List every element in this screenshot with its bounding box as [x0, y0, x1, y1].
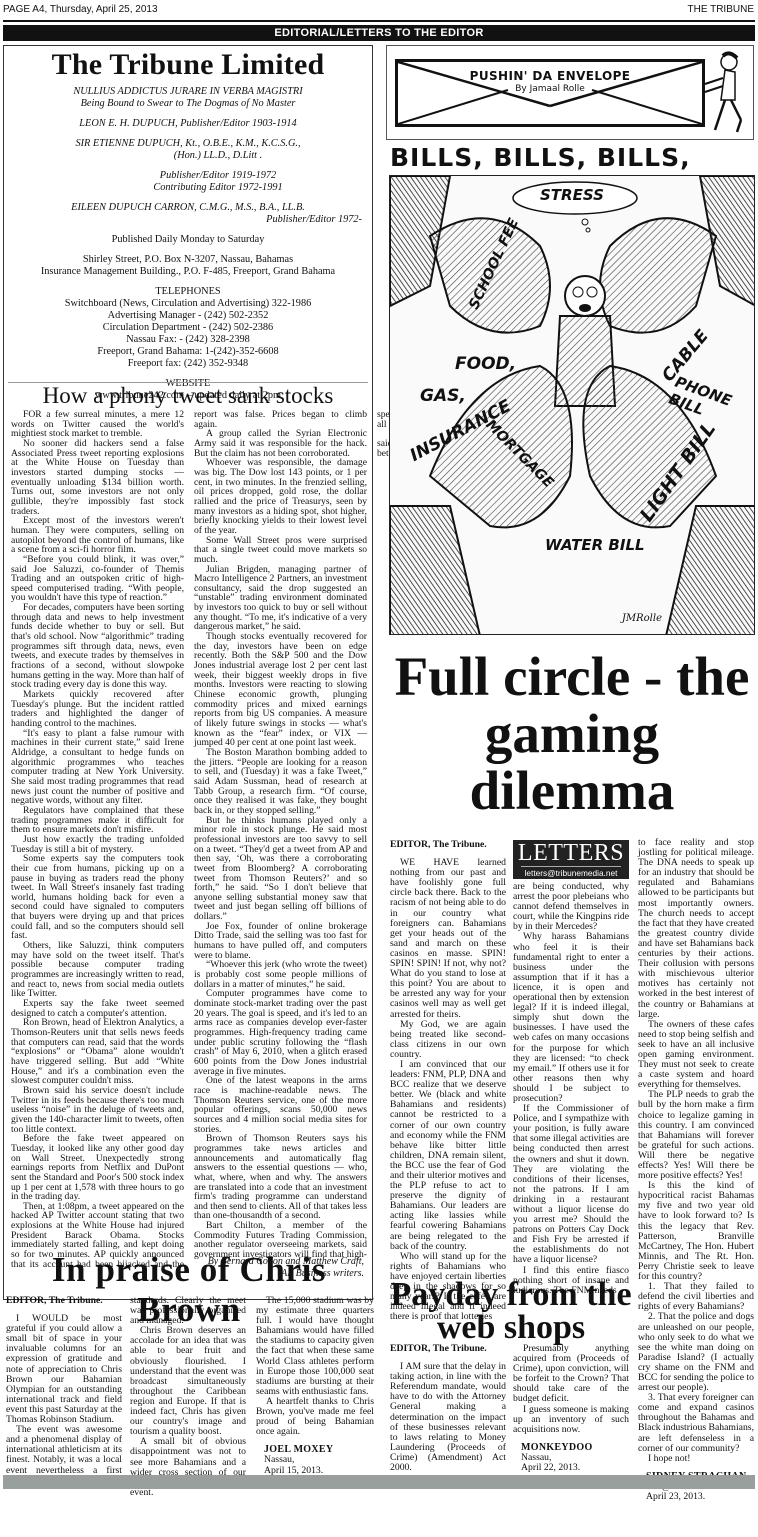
phone-line: Freeport fax: (242) 352-9348 [4, 358, 372, 370]
paragraph: Markets quickly recovered after Tuesday'… [11, 690, 184, 729]
paragraph: Is this the kind of hypocritical racist … [638, 1181, 754, 1282]
paragraph: A heartfelt thanks to Chris Brown, you'v… [256, 1397, 374, 1437]
envelope-graphic: PUSHIN' DA ENVELOPE By Jamaal Rolle [395, 59, 705, 127]
cartoon-label-food: FOOD, [455, 354, 516, 374]
chris-letter-column-1: EDITOR, The Tribune. I WOULD be most gra… [6, 1296, 122, 1471]
payday-headline: Payday from the web shops [388, 1278, 634, 1344]
masthead-details: NULLIUS ADDICTUS JURARE IN VERBA MAGISTR… [4, 86, 372, 402]
contributing-editor-years: Contributing Editor 1972-1991 [4, 182, 372, 194]
paragraph: FOR a few surreal minutes, a mere 12 wor… [11, 410, 184, 439]
motto-translation: Being Bound to Swear to The Dogmas of No… [4, 98, 372, 110]
publisher-etienne: SIR ETIENNE DUPUCH, Kt., O.B.E., K.M., K… [4, 138, 372, 150]
publisher-etienne-years: Publisher/Editor 1919-1972 [4, 170, 372, 182]
publisher-leon: LEON E. H. DUPUCH, Publisher/Editor 1903… [4, 118, 372, 130]
gaming-letter-headline: Full circle - the gaming dilemma [390, 648, 754, 819]
chris-letter-column-2: standards. Clearly the meet was professi… [130, 1296, 246, 1471]
cartoon-headline: BILLS, BILLS, BILLS, [390, 143, 758, 172]
gaming-letter-column-1: EDITOR, The Tribune. WE HAVE learned not… [390, 840, 506, 1275]
publisher-etienne-hon: (Hon.) LL.D., D.Litt . [4, 150, 372, 162]
phone-line: Advertising Manager - (242) 502-2352 [4, 310, 372, 322]
paragraph: to face reality and stop jostling for po… [638, 838, 754, 1020]
footer-bar [3, 1475, 755, 1489]
paragraph: If the Commissioner of Police, and I sym… [513, 1104, 629, 1266]
paragraph: I WOULD be most grateful if you could al… [6, 1314, 122, 1425]
gaming-letter-column-2: are being conducted, why arrest the poor… [513, 882, 629, 1277]
signature-block: JOEL MOXEY Nassau, April 15, 2013. [256, 1445, 374, 1475]
phone-line: Circulation Department - (242) 502-2386 [4, 322, 372, 334]
paragraph: Why harass Bahamians who feel it is thei… [513, 932, 629, 1104]
paragraph: The PLP needs to grab the bull by the ho… [638, 1090, 754, 1181]
publisher-eileen: EILEEN DUPUCH CARRON, C.M.G., M.S., B.A.… [4, 202, 372, 214]
folio-paper-name: THE TRIBUNE [688, 4, 755, 15]
salutation: EDITOR, The Tribune. [390, 840, 506, 850]
letters-badge: LETTERS letters@tribunemedia.net [513, 840, 629, 879]
paragraph: Just how exactly the trading unfolded Tu… [11, 835, 184, 854]
paragraph: I guess someone is making up an inventor… [513, 1405, 629, 1435]
paragraph: One of the latest weapons in the arms ra… [194, 1076, 367, 1134]
paragraph: I AM sure that the delay in taking actio… [390, 1362, 506, 1473]
paragraph: standards. Clearly the meet was professi… [130, 1296, 246, 1326]
salutation: EDITOR, The Tribune. [6, 1296, 122, 1306]
paragraph: Experts say the fake tweet seemed design… [11, 999, 184, 1018]
paragraph: The Boston Marathon bombing added to the… [194, 748, 367, 816]
signature-block: MONKEYDOO Nassau, April 22, 2013. [513, 1443, 629, 1473]
salutation: EDITOR, The Tribune. [390, 1344, 506, 1354]
masthead-title: The Tribune Limited [4, 48, 372, 82]
letters-badge-title: LETTERS [513, 840, 629, 864]
paragraph: Whoever was responsible, the damage was … [194, 458, 367, 535]
cartoon-series-byline: By Jamaal Rolle [398, 84, 702, 94]
pushing-man-icon [701, 50, 749, 136]
article-headline: How a phony tweet sank stocks [4, 383, 372, 409]
paragraph: “Whoever this jerk (who wrote the tweet)… [194, 960, 367, 989]
paragraph: My God, we are again being treated like … [390, 1020, 506, 1060]
paragraph: Before the fake tweet appeared on Tuesda… [11, 1134, 184, 1202]
paragraph: For decades, computers have been sorting… [11, 603, 184, 690]
paragraph: Some Wall Street pros were surprised tha… [194, 536, 367, 565]
paragraph: The owners of these cafes need to stop b… [638, 1020, 754, 1091]
paragraph: Joe Fox, founder of online brokerage Dit… [194, 922, 367, 961]
signer-date: April 22, 2013. [521, 1463, 629, 1473]
cartoon-series-banner: PUSHIN' DA ENVELOPE By Jamaal Rolle [386, 45, 754, 140]
payday-letter-column-2: Presumably anything acquired from (Proce… [513, 1344, 629, 1474]
paragraph: Chris Brown deserves an accolade for an … [130, 1326, 246, 1437]
paragraph: Some experts say the computers took thei… [11, 854, 184, 941]
paragraph: Ron Brown, head of Elektron Analytics, a… [11, 1018, 184, 1086]
phone-line: Switchboard (News, Circulation and Adver… [4, 298, 372, 310]
paragraph: “It's easy to plant a false rumour with … [11, 729, 184, 806]
cartoon-label-gas: GAS, [420, 386, 466, 406]
publisher-eileen-years: Publisher/Editor 1972- [4, 214, 372, 226]
address-nassau: Shirley Street, P.O. Box N-3207, Nassau,… [4, 254, 372, 266]
section-header: EDITORIAL/LETTERS TO THE EDITOR [3, 25, 755, 41]
paragraph: WE HAVE learned nothing from our past an… [390, 858, 506, 1020]
signer-date: April 23, 2013. [646, 1492, 754, 1502]
paragraph: But he thinks humans played only a minor… [194, 816, 367, 922]
paragraph: Brown of Thomson Reuters says his progra… [194, 1134, 367, 1221]
signer-place: Nassau, [264, 1455, 374, 1465]
paragraph: Except most of the investors weren't hum… [11, 516, 184, 555]
paragraph: Julian Brigden, managing partner of Macr… [194, 565, 367, 633]
paragraph: Computer programmes have come to dominat… [194, 989, 367, 1076]
paragraph: Presumably anything acquired from (Proce… [513, 1344, 629, 1405]
paragraph: I am convinced that our leaders: FNM, PL… [390, 1060, 506, 1252]
paragraph: Others, like Saluzzi, think computers ma… [11, 941, 184, 999]
paragraph: I hope not! [638, 1454, 754, 1464]
paragraph: 3. That every foreigner can come and exp… [638, 1393, 754, 1454]
phone-line: Nassau Fax: - (242) 328-2398 [4, 334, 372, 346]
top-rule [3, 20, 755, 22]
publication-schedule: Published Daily Monday to Saturday [4, 234, 372, 246]
paragraph: “Before you could blink, it was over,” s… [11, 555, 184, 603]
paragraph: 2. That the police and dogs are unleashe… [638, 1312, 754, 1393]
telephones-label: TELEPHONES [4, 286, 372, 298]
cartoonist-signature: JMRolle [622, 613, 662, 624]
address-freeport: Insurance Management Building., P.O. F-4… [4, 266, 372, 278]
paragraph: No sooner did hackers send a false Assoc… [11, 439, 184, 516]
paragraph: Regulators have complained that these tr… [11, 806, 184, 835]
paragraph: 1. That they failed to defend the civil … [638, 1282, 754, 1312]
paragraph: A group called the Syrian Electronic Arm… [194, 429, 367, 458]
phone-line: Freeport, Grand Bahama: 1-(242)-352-6608 [4, 346, 372, 358]
folio-date: PAGE A4, Thursday, April 25, 2013 [3, 4, 158, 15]
chris-letter-column-3: The 15,000 stadium was by my estimate th… [256, 1296, 374, 1471]
paragraph: The 15,000 stadium was by my estimate th… [256, 1296, 374, 1397]
paragraph: Brown said his service doesn't include T… [11, 1086, 184, 1134]
masthead-box: The Tribune Limited NULLIUS ADDICTUS JUR… [3, 45, 373, 1300]
gaming-letter-column-3: to face reality and stop jostling for po… [638, 838, 754, 1473]
paragraph: are being conducted, why arrest the poor… [513, 882, 629, 932]
cartoon-series-title: PUSHIN' DA ENVELOPE [398, 69, 702, 83]
cartoon-label-water-bill: WATER BILL [545, 536, 645, 554]
payday-letter-column-1: EDITOR, The Tribune. I AM sure that the … [390, 1344, 506, 1474]
paragraph: Though stocks eventually recovered for t… [194, 632, 367, 748]
editorial-cartoon: STRESS SCHOOL FEE FOOD, CABLE PHONE BILL… [389, 175, 755, 635]
article-body: FOR a few surreal minutes, a mere 12 wor… [11, 410, 367, 1277]
cartoon-label-stress: STRESS [540, 186, 604, 204]
letters-email-link[interactable]: letters@tribunemedia.net [513, 868, 629, 878]
motto: NULLIUS ADDICTUS JURARE IN VERBA MAGISTR… [4, 86, 372, 98]
